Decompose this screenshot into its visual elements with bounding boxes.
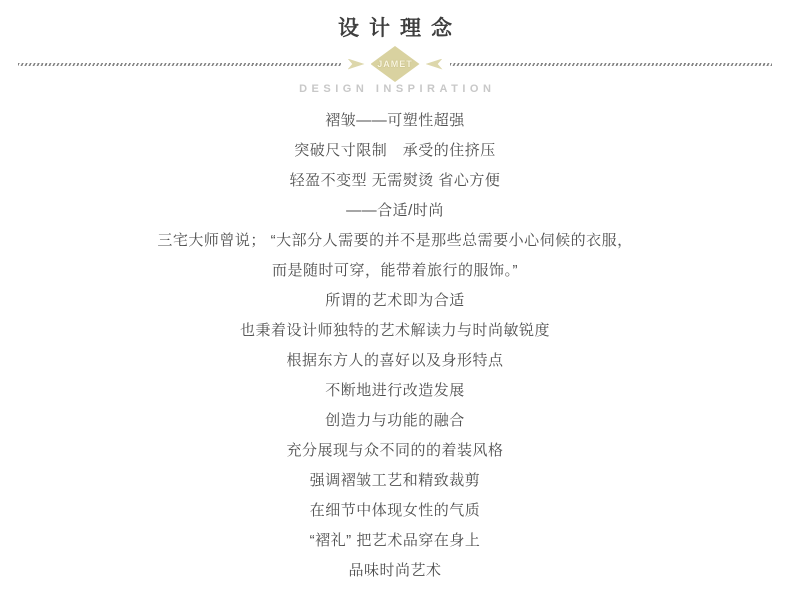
- description-line: 创造力与功能的融合: [0, 406, 790, 436]
- description-line: 不断地进行改造发展: [0, 376, 790, 406]
- section-title: 设计理念: [0, 0, 790, 42]
- description-copy: 褶皱——可塑性超强 突破尺寸限制 承受的住挤压 轻盈不变型 无需熨烫 省心方便 …: [0, 106, 790, 586]
- design-concept-section: 设计理念 JAMET DESIGN INSPIRATION 褶皱——可塑性超强 …: [0, 0, 790, 605]
- description-line: 而是随时可穿，能带着旅行的服饰。”: [0, 256, 790, 286]
- description-line: 褶皱——可塑性超强: [0, 106, 790, 136]
- description-line: 在细节中体现女性的气质: [0, 496, 790, 526]
- description-line: ——合适/时尚: [0, 196, 790, 226]
- section-subtitle-en: DESIGN INSPIRATION: [0, 83, 790, 96]
- description-line: 所谓的艺术即为合适: [0, 286, 790, 316]
- description-line: 充分展现与众不同的的着装风格: [0, 436, 790, 466]
- description-line: 根据东方人的喜好以及身形特点: [0, 346, 790, 376]
- description-line: 突破尺寸限制 承受的住挤压: [0, 136, 790, 166]
- arrow-left-icon: [426, 59, 443, 70]
- description-line: 也秉着设计师独特的艺术解读力与时尚敏锐度: [0, 316, 790, 346]
- description-line: 强调褶皱工艺和精致裁剪: [0, 466, 790, 496]
- badge-label: JAMET: [377, 59, 413, 69]
- dashed-line-left: [18, 63, 341, 66]
- description-line: “褶礼” 把艺术品穿在身上: [0, 526, 790, 556]
- ornament-divider: JAMET: [0, 46, 790, 82]
- description-line: 品味时尚艺术: [0, 556, 790, 586]
- description-line: 轻盈不变型 无需熨烫 省心方便: [0, 166, 790, 196]
- arrow-right-icon: [348, 59, 365, 70]
- dashed-line-right: [450, 63, 773, 66]
- brand-diamond-badge: JAMET: [371, 46, 420, 82]
- description-line: 三宅大师曾说； “大部分人需要的并不是那些总需要小心伺候的衣服，: [0, 226, 790, 256]
